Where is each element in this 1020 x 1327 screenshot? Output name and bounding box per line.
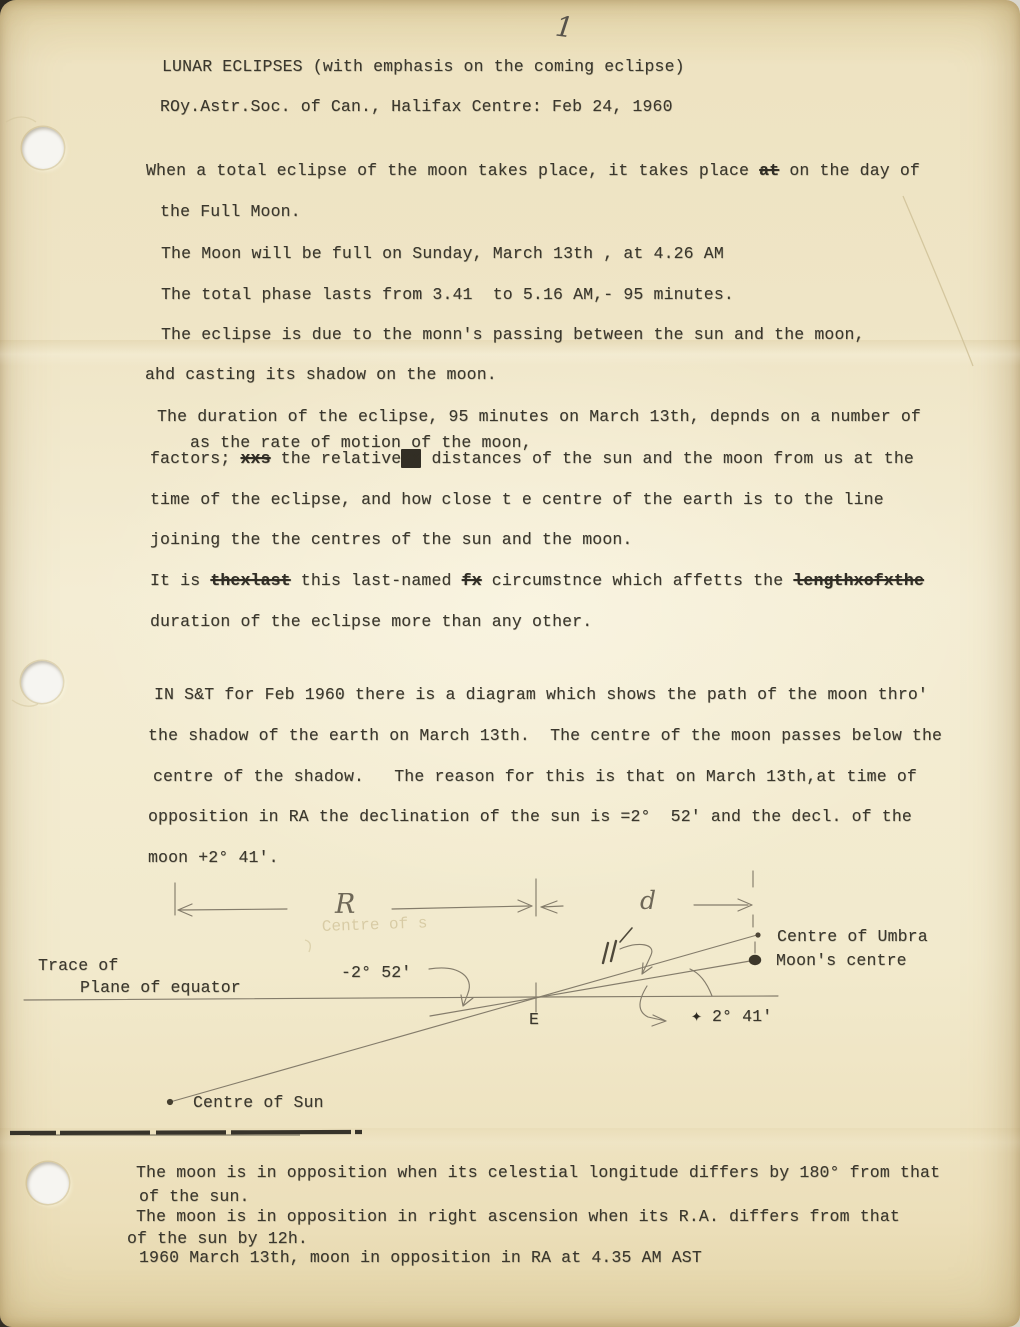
sun-declination-label: -2° 52' (341, 963, 411, 983)
sun-declination-leader-arrow (429, 968, 473, 1006)
struck-text: lengthxofxthe (793, 571, 924, 590)
paragraph-line: The total phase lasts from 3.41 to 5.16 … (161, 285, 734, 305)
sun-umbra-line (170, 935, 757, 1102)
earth-point-label: E (529, 1010, 539, 1030)
dimension-d-left-arrow (541, 901, 563, 913)
handwritten-r-label: R (334, 889, 355, 920)
handwritten-d-label: d (640, 886, 656, 915)
text-run: 2° 41' (712, 1007, 772, 1026)
paragraph-line: It is thexlast this last-named fx circum… (150, 571, 924, 591)
text-run (702, 1007, 712, 1026)
erased-pencil-squiggle (305, 940, 310, 952)
pencil-tally-stroke (620, 928, 632, 942)
trace-label-line2: Plane of equator (80, 978, 241, 998)
overstruck-plus-mark: ✦ (691, 1010, 702, 1025)
text-run: this last-named (291, 571, 462, 590)
dimension-r-right-arrow (392, 900, 532, 912)
paragraph-line: The duration of the eclipse, 95 minutes … (157, 407, 921, 427)
paragraph-line: IN S&T for Feb 1960 there is a diagram w… (154, 685, 928, 705)
paragraph-line: opposition in RA the declination of the … (148, 807, 912, 827)
paragraph-line: The eclipse is due to the monn's passing… (161, 325, 865, 345)
trace-label-line1: Trace of (38, 956, 118, 976)
doc-title: LUNAR ECLIPSES (with emphasis on the com… (162, 57, 685, 77)
paragraph-line: When a total eclipse of the moon takes p… (146, 161, 920, 181)
moon-centre-dot (749, 955, 761, 965)
moon-declination-angle-arc (690, 969, 712, 996)
struck-text: thexlast (210, 571, 290, 590)
moon-declination-label: ✦ 2° 41' (691, 1007, 772, 1028)
handwritten-page-number: 1 (553, 10, 575, 45)
struck-text: at (759, 161, 779, 180)
text-run: circumstnce which affetts the (482, 571, 794, 590)
footer-note-line: 1960 March 13th, moon in opposition in R… (139, 1248, 702, 1268)
paragraph-line: joining the the centres of the sun and t… (150, 530, 632, 550)
moon-declination-leader-arrow (640, 986, 666, 1026)
scanned-page: 1 Centre of s (0, 0, 1020, 1327)
paragraph-line: ahd casting its shadow on the moon. (145, 365, 497, 385)
overstruck-blob: xx (401, 449, 421, 468)
text-run: When a total eclipse of the moon takes p… (146, 161, 759, 180)
footer-note-line: of the sun by 12h. (127, 1229, 308, 1249)
dimension-r-left-arrow (178, 904, 287, 916)
sun-centre-dot (167, 1099, 173, 1105)
struck-text: fx (462, 571, 482, 590)
footer-note-line: The moon is in opposition when its celes… (136, 1163, 940, 1183)
dimension-tick-right-dashed (753, 871, 755, 953)
text-run: on the day of (779, 161, 920, 180)
sun-centre-label: Centre of Sun (193, 1093, 324, 1113)
paragraph-line: centre of the shadow. The reason for thi… (153, 767, 917, 787)
paragraph-line: moon +2° 41'. (148, 848, 279, 868)
text-run: factors; (150, 449, 240, 468)
text-run: It is (150, 571, 210, 590)
paragraph-line: the shadow of the earth on March 13th. T… (148, 726, 942, 746)
paragraph-line: the Full Moon. (160, 202, 301, 222)
doc-org-date-line: ROy.Astr.Soc. of Can., Halifax Centre: F… (160, 97, 673, 117)
moon-centre-label: Moon's centre (776, 951, 907, 971)
footer-note-line: of the sun. (139, 1187, 250, 1207)
typed-divider-rule (10, 1132, 362, 1135)
paragraph-line: The Moon will be full on Sunday, March 1… (161, 244, 724, 264)
umbra-centre-dot (755, 932, 760, 937)
umbra-centre-label: Centre of Umbra (777, 927, 928, 947)
struck-text: xxs (240, 449, 270, 468)
text-run: distances of the sun and the moon from u… (421, 449, 914, 468)
paragraph-line: time of the eclipse, and how close t e c… (150, 490, 884, 510)
dimension-d-right-arrow (694, 899, 752, 911)
paragraph-line: duration of the eclipse more than any ot… (150, 612, 592, 632)
text-run: the relative (271, 449, 402, 468)
footer-note-line: The moon is in opposition in right ascen… (136, 1207, 900, 1227)
parallel-marks (603, 928, 632, 963)
paragraph-line: factors; xxs the relativexx distances of… (150, 449, 914, 469)
pencil-diagram-layer: 1 Centre of s (0, 0, 1020, 1327)
